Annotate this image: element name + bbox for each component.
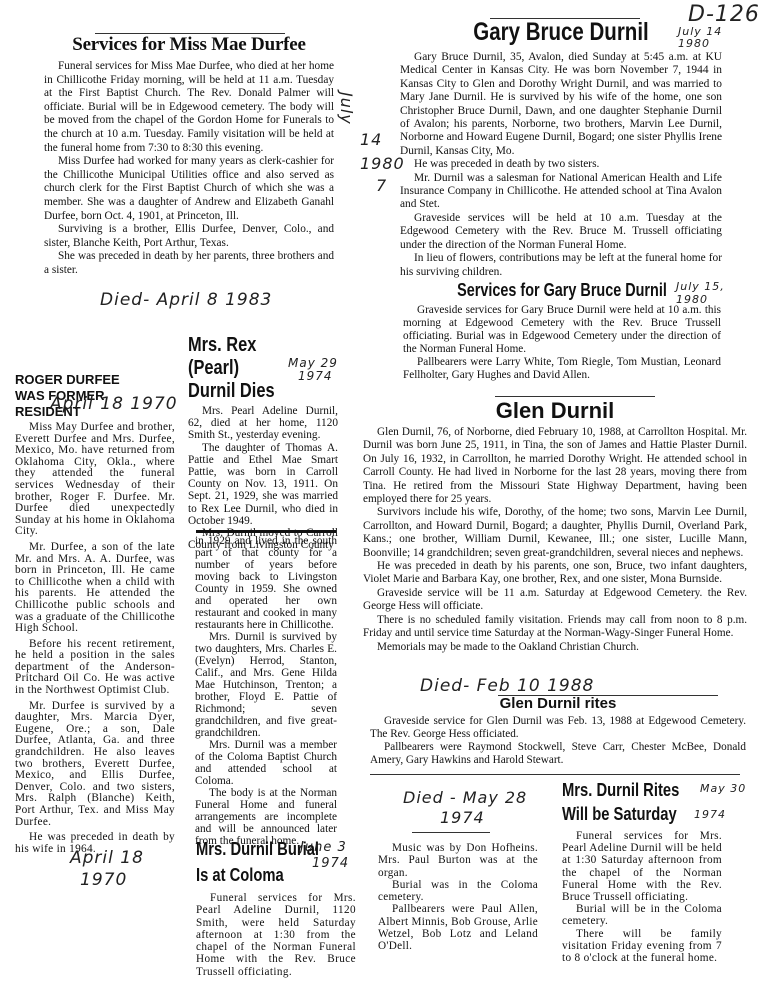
clipping-roger-durfee: ROGER DURFEE WAS FORMER RESIDENT Miss Ma… [15,372,175,855]
paragraph: Survivors include his wife, Dorothy, of … [363,506,747,560]
clipping-pearl-burial-continued: Music was by Don Hofheins. Mrs. Paul Bur… [378,842,538,953]
paragraph: He was preceded in death by his parents,… [363,560,747,587]
paragraph: She was preceded in death by her parents… [44,250,334,277]
paragraph: In lieu of flowers, contributions may be… [400,252,722,279]
clipping-gary-services: Services for Gary Bruce Durnil Graveside… [403,280,721,382]
margin-note-year: 1980 [360,154,405,173]
handwritten-arrow [412,832,490,833]
handwritten-date-line-2: 1974 [312,856,349,871]
handwritten-date-line-2: 1974 [298,369,333,383]
divider [370,774,740,775]
paragraph: Funeral services for Mrs. Pearl Adeline … [196,892,356,978]
article-body: Graveside service for Glen Durnil was Fe… [370,715,746,767]
article-body: Music was by Don Hofheins. Mrs. Paul Bur… [378,842,538,953]
paragraph: Pallbearers were Paul Allen, Albert Minn… [378,903,538,952]
article-body: Funeral services for Mrs. Pearl Adeline … [196,892,356,978]
handwritten-date-line-2: 1974 [694,808,726,821]
clipping-mae-durfee: Services for Miss Mae Durfee Funeral ser… [44,34,334,278]
headline: Glen Durnil rites [370,695,746,712]
paragraph: Glen Durnil, 76, of Norborne, died Febru… [363,426,747,506]
clipping-glen-durnil: Glen Durnil Glen Durnil, 76, of Norborne… [363,398,747,654]
handwritten-date-line-1: May 29 [288,356,338,370]
headline: Services for Miss Mae Durfee [44,34,334,56]
handwritten-note-month: April 18 [70,848,144,868]
paragraph: Before his recent retirement, he held a … [15,639,175,697]
paragraph: Miss Durfee had worked for many years as… [44,155,334,223]
headline: Services for Gary Bruce Durnil [435,280,689,301]
column-divider [196,530,336,533]
handwritten-death-date-line-2: 1974 [440,808,485,827]
handwritten-death-date-line-1: Died - May 28 [403,788,527,807]
divider [495,396,655,397]
paragraph: Burial will be in the Coloma cemetery. [562,903,722,927]
article-body: Funeral services for Miss Mae Durfee, wh… [44,60,334,278]
article-body: in 1929 and lived in the south part of t… [195,535,337,847]
paragraph: Pallbearers were Larry White, Tom Riegle… [403,356,721,382]
paragraph: Surviving is a brother, Ellis Durfee, De… [44,223,334,250]
paragraph: The daughter of Thomas A. Pattie and Eth… [188,442,338,527]
article-body: Miss May Durfee and brother, Everett Dur… [15,422,175,855]
paragraph: in 1929 and lived in the south part of t… [195,535,337,631]
paragraph: Mrs. Durnil is survived by two daughters… [195,631,337,739]
paragraph: Funeral services for Miss Mae Durfee, wh… [44,60,334,155]
paragraph: Funeral services for Mrs. Pearl Adeline … [562,830,722,903]
clipping-pearl-dies-continued: in 1929 and lived in the south part of t… [195,535,337,847]
paragraph: Graveside services for Gary Bruce Durnil… [403,304,721,356]
article-body: Glen Durnil, 76, of Norborne, died Febru… [363,426,747,654]
article-body: Gary Bruce Durnil, 35, Avalon, died Sund… [400,51,722,279]
handwritten-note-year: 1970 [80,870,127,890]
margin-note-day: 14 [360,130,382,149]
paragraph: Mr. Durnil was a salesman for National A… [400,172,722,212]
paragraph: Memorials may be made to the Oakland Chr… [363,641,747,654]
paragraph: Miss May Durfee and brother, Everett Dur… [15,422,175,538]
headline-line-2: Will be Saturday [562,802,693,826]
headline-line-1: Mrs. Durnil Rites [562,778,693,802]
paragraph: Burial was in the Coloma cemetery. [378,879,538,904]
headline: Glen Durnil [363,398,747,424]
article-body: Funeral services for Mrs. Pearl Adeline … [562,830,722,964]
handwritten-death-date: Died- Feb 10 1988 [420,676,594,696]
paragraph: Mr. Durfee is survived by a daughter, Mr… [15,701,175,829]
headline-line-2: Durnil Dies [188,380,311,403]
margin-note-month: July [337,92,356,125]
paragraph: There is no scheduled family visitation.… [363,614,747,641]
paragraph: Graveside service for Glen Durnil was Fe… [370,715,746,741]
headline-line-2: Is at Coloma [196,862,327,888]
handwritten-date: July 15, 1980 [676,280,736,306]
clipping-glen-rites: Glen Durnil rites Graveside service for … [370,695,746,767]
paragraph: Music was by Don Hofheins. Mrs. Paul Bur… [378,842,538,879]
headline: Gary Bruce Durnil [429,18,693,47]
paragraph: Graveside services will be held at 10 a.… [400,212,722,252]
paragraph: Mrs. Durnil was a member of the Coloma B… [195,739,337,787]
paragraph: Mrs. Pearl Adeline Durnil, 62, died at h… [188,405,338,442]
handwritten-death-date: Died- April 8 1983 [100,290,272,310]
margin-note-number: 7 [376,176,387,195]
paragraph: There will be family visitation Friday e… [562,928,722,965]
paragraph: Gary Bruce Durnil, 35, Avalon, died Sund… [400,51,722,158]
handwritten-date: April 18 1970 [50,394,178,414]
paragraph: Mr. Durfee, a son of the late Mr. and Mr… [15,542,175,635]
clipping-pearl-rites: Mrs. Durnil Rites Will be Saturday Funer… [562,778,722,964]
paragraph: He was preceded in death by two sisters. [400,158,722,171]
handwritten-date-line-1: May 30 [700,782,750,795]
handwritten-date: July 14 1980 [678,26,728,50]
clipping-gary-durnil: Gary Bruce Durnil Gary Bruce Durnil, 35,… [400,18,722,279]
headline: Mrs. Durnil Rites Will be Saturday [562,778,693,826]
handwritten-date-line-1: June 3 [300,840,347,855]
paragraph: Pallbearers were Raymond Stockwell, Stev… [370,741,746,767]
paragraph: Graveside service will be 11 a.m. Saturd… [363,587,747,614]
article-body: Graveside services for Gary Bruce Durnil… [403,304,721,382]
